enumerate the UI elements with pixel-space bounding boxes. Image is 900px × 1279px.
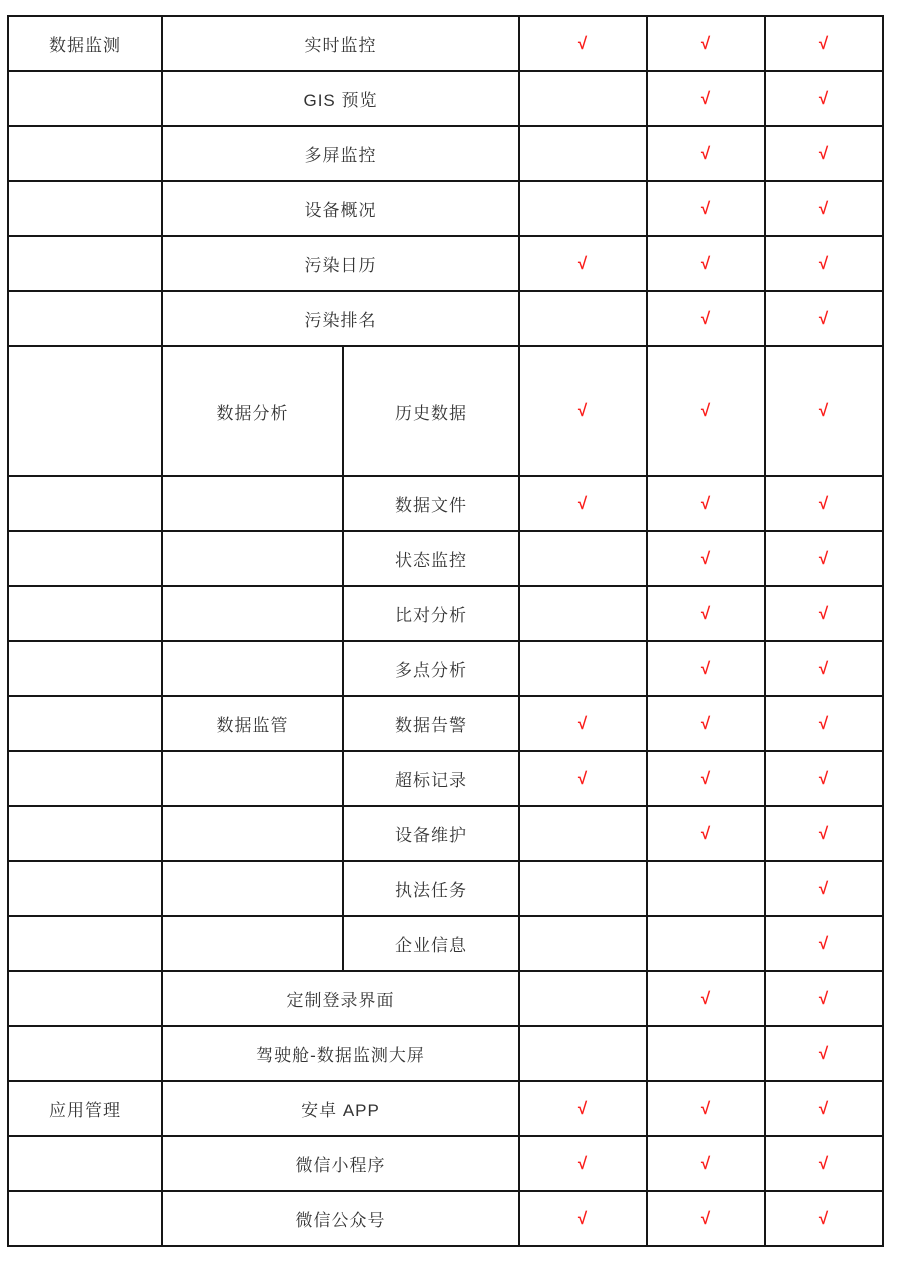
check-mark-cell-tier3: √ bbox=[765, 971, 883, 1026]
category-cell bbox=[8, 971, 162, 1026]
check-mark-cell-tier3: √ bbox=[765, 696, 883, 751]
table-row: 数据分析历史数据√√√ bbox=[8, 346, 883, 476]
check-mark-cell-tier2: √ bbox=[647, 346, 765, 476]
check-mark-cell-tier2: √ bbox=[647, 696, 765, 751]
check-mark-cell-tier3: √ bbox=[765, 531, 883, 586]
check-mark-cell-tier2: √ bbox=[647, 126, 765, 181]
check-mark-cell-tier2: √ bbox=[647, 16, 765, 71]
check-mark-cell-tier3: √ bbox=[765, 1026, 883, 1081]
group-cell bbox=[162, 916, 343, 971]
check-mark-cell-tier1: √ bbox=[519, 696, 647, 751]
subfeature-cell: 数据文件 bbox=[343, 476, 519, 531]
check-mark-cell-tier1: √ bbox=[519, 1191, 647, 1246]
subfeature-cell: 多点分析 bbox=[343, 641, 519, 696]
table-row: 数据文件√√√ bbox=[8, 476, 883, 531]
check-mark-cell-tier3: √ bbox=[765, 71, 883, 126]
subfeature-cell: 企业信息 bbox=[343, 916, 519, 971]
check-mark-cell-tier2: √ bbox=[647, 1081, 765, 1136]
table-row: 数据监测实时监控√√√ bbox=[8, 16, 883, 71]
check-mark-cell-tier3: √ bbox=[765, 291, 883, 346]
subfeature-cell: 设备维护 bbox=[343, 806, 519, 861]
check-mark-cell-tier3: √ bbox=[765, 806, 883, 861]
table-row: 微信公众号√√√ bbox=[8, 1191, 883, 1246]
check-mark-cell-tier3: √ bbox=[765, 181, 883, 236]
empty-check-cell-tier2 bbox=[647, 916, 765, 971]
table-row: 设备维护√√ bbox=[8, 806, 883, 861]
group-cell: 数据监管 bbox=[162, 696, 343, 751]
check-mark-cell-tier1: √ bbox=[519, 1081, 647, 1136]
table-row: 定制登录界面√√ bbox=[8, 971, 883, 1026]
empty-check-cell-tier1 bbox=[519, 181, 647, 236]
category-cell: 应用管理 bbox=[8, 1081, 162, 1136]
check-mark-cell-tier1: √ bbox=[519, 476, 647, 531]
feature-table-body: 数据监测实时监控√√√GIS 预览√√多屏监控√√设备概况√√污染日历√√√污染… bbox=[8, 16, 883, 1246]
empty-check-cell-tier2 bbox=[647, 861, 765, 916]
subfeature-cell: 超标记录 bbox=[343, 751, 519, 806]
group-cell bbox=[162, 861, 343, 916]
check-mark-cell-tier2: √ bbox=[647, 586, 765, 641]
group-cell bbox=[162, 586, 343, 641]
empty-check-cell-tier1 bbox=[519, 291, 647, 346]
category-cell bbox=[8, 1136, 162, 1191]
feature-cell: 驾驶舱-数据监测大屏 bbox=[162, 1026, 519, 1081]
empty-check-cell-tier1 bbox=[519, 1026, 647, 1081]
check-mark-cell-tier2: √ bbox=[647, 806, 765, 861]
check-mark-cell-tier3: √ bbox=[765, 126, 883, 181]
check-mark-cell-tier1: √ bbox=[519, 751, 647, 806]
group-cell bbox=[162, 476, 343, 531]
check-mark-cell-tier1: √ bbox=[519, 1136, 647, 1191]
empty-check-cell-tier1 bbox=[519, 916, 647, 971]
category-cell bbox=[8, 696, 162, 751]
subfeature-cell: 历史数据 bbox=[343, 346, 519, 476]
group-cell bbox=[162, 641, 343, 696]
table-row: 设备概况√√ bbox=[8, 181, 883, 236]
feature-cell: 多屏监控 bbox=[162, 126, 519, 181]
empty-check-cell-tier1 bbox=[519, 71, 647, 126]
feature-cell: 定制登录界面 bbox=[162, 971, 519, 1026]
check-mark-cell-tier2: √ bbox=[647, 1191, 765, 1246]
category-cell bbox=[8, 291, 162, 346]
check-mark-cell-tier2: √ bbox=[647, 971, 765, 1026]
feature-comparison-table: 数据监测实时监控√√√GIS 预览√√多屏监控√√设备概况√√污染日历√√√污染… bbox=[7, 15, 884, 1247]
group-cell: 数据分析 bbox=[162, 346, 343, 476]
subfeature-cell: 比对分析 bbox=[343, 586, 519, 641]
category-cell bbox=[8, 71, 162, 126]
check-mark-cell-tier3: √ bbox=[765, 916, 883, 971]
category-cell bbox=[8, 236, 162, 291]
category-cell bbox=[8, 126, 162, 181]
group-cell bbox=[162, 531, 343, 586]
category-cell: 数据监测 bbox=[8, 16, 162, 71]
category-cell bbox=[8, 916, 162, 971]
empty-check-cell-tier1 bbox=[519, 641, 647, 696]
category-cell bbox=[8, 1191, 162, 1246]
table-row: 应用管理安卓 APP√√√ bbox=[8, 1081, 883, 1136]
feature-cell: 污染排名 bbox=[162, 291, 519, 346]
table-row: 驾驶舱-数据监测大屏√ bbox=[8, 1026, 883, 1081]
subfeature-cell: 执法任务 bbox=[343, 861, 519, 916]
check-mark-cell-tier3: √ bbox=[765, 641, 883, 696]
check-mark-cell-tier2: √ bbox=[647, 181, 765, 236]
subfeature-cell: 数据告警 bbox=[343, 696, 519, 751]
feature-cell: 实时监控 bbox=[162, 16, 519, 71]
check-mark-cell-tier3: √ bbox=[765, 476, 883, 531]
category-cell bbox=[8, 346, 162, 476]
check-mark-cell-tier2: √ bbox=[647, 1136, 765, 1191]
feature-cell: 微信公众号 bbox=[162, 1191, 519, 1246]
feature-cell: 设备概况 bbox=[162, 181, 519, 236]
table-row: 执法任务√ bbox=[8, 861, 883, 916]
empty-check-cell-tier1 bbox=[519, 586, 647, 641]
check-mark-cell-tier3: √ bbox=[765, 861, 883, 916]
category-cell bbox=[8, 751, 162, 806]
check-mark-cell-tier3: √ bbox=[765, 236, 883, 291]
table-row: 状态监控√√ bbox=[8, 531, 883, 586]
empty-check-cell-tier1 bbox=[519, 126, 647, 181]
empty-check-cell-tier1 bbox=[519, 861, 647, 916]
empty-check-cell-tier1 bbox=[519, 806, 647, 861]
check-mark-cell-tier3: √ bbox=[765, 346, 883, 476]
check-mark-cell-tier2: √ bbox=[647, 71, 765, 126]
check-mark-cell-tier1: √ bbox=[519, 236, 647, 291]
check-mark-cell-tier1: √ bbox=[519, 16, 647, 71]
check-mark-cell-tier2: √ bbox=[647, 236, 765, 291]
check-mark-cell-tier3: √ bbox=[765, 1136, 883, 1191]
table-row: 企业信息√ bbox=[8, 916, 883, 971]
check-mark-cell-tier2: √ bbox=[647, 476, 765, 531]
check-mark-cell-tier2: √ bbox=[647, 531, 765, 586]
feature-cell: 安卓 APP bbox=[162, 1081, 519, 1136]
table-row: 超标记录√√√ bbox=[8, 751, 883, 806]
feature-cell: 微信小程序 bbox=[162, 1136, 519, 1191]
feature-cell: GIS 预览 bbox=[162, 71, 519, 126]
empty-check-cell-tier1 bbox=[519, 971, 647, 1026]
check-mark-cell-tier2: √ bbox=[647, 291, 765, 346]
check-mark-cell-tier2: √ bbox=[647, 751, 765, 806]
table-row: 数据监管数据告警√√√ bbox=[8, 696, 883, 751]
check-mark-cell-tier3: √ bbox=[765, 751, 883, 806]
table-row: 比对分析√√ bbox=[8, 586, 883, 641]
feature-cell: 污染日历 bbox=[162, 236, 519, 291]
check-mark-cell-tier3: √ bbox=[765, 586, 883, 641]
table-row: 多点分析√√ bbox=[8, 641, 883, 696]
check-mark-cell-tier3: √ bbox=[765, 16, 883, 71]
category-cell bbox=[8, 476, 162, 531]
category-cell bbox=[8, 806, 162, 861]
table-row: 微信小程序√√√ bbox=[8, 1136, 883, 1191]
table-row: 多屏监控√√ bbox=[8, 126, 883, 181]
empty-check-cell-tier2 bbox=[647, 1026, 765, 1081]
group-cell bbox=[162, 806, 343, 861]
category-cell bbox=[8, 861, 162, 916]
category-cell bbox=[8, 641, 162, 696]
check-mark-cell-tier3: √ bbox=[765, 1081, 883, 1136]
group-cell bbox=[162, 751, 343, 806]
check-mark-cell-tier1: √ bbox=[519, 346, 647, 476]
category-cell bbox=[8, 586, 162, 641]
category-cell bbox=[8, 531, 162, 586]
category-cell bbox=[8, 1026, 162, 1081]
empty-check-cell-tier1 bbox=[519, 531, 647, 586]
category-cell bbox=[8, 181, 162, 236]
table-row: GIS 预览√√ bbox=[8, 71, 883, 126]
table-row: 污染日历√√√ bbox=[8, 236, 883, 291]
check-mark-cell-tier2: √ bbox=[647, 641, 765, 696]
table-row: 污染排名√√ bbox=[8, 291, 883, 346]
subfeature-cell: 状态监控 bbox=[343, 531, 519, 586]
check-mark-cell-tier3: √ bbox=[765, 1191, 883, 1246]
